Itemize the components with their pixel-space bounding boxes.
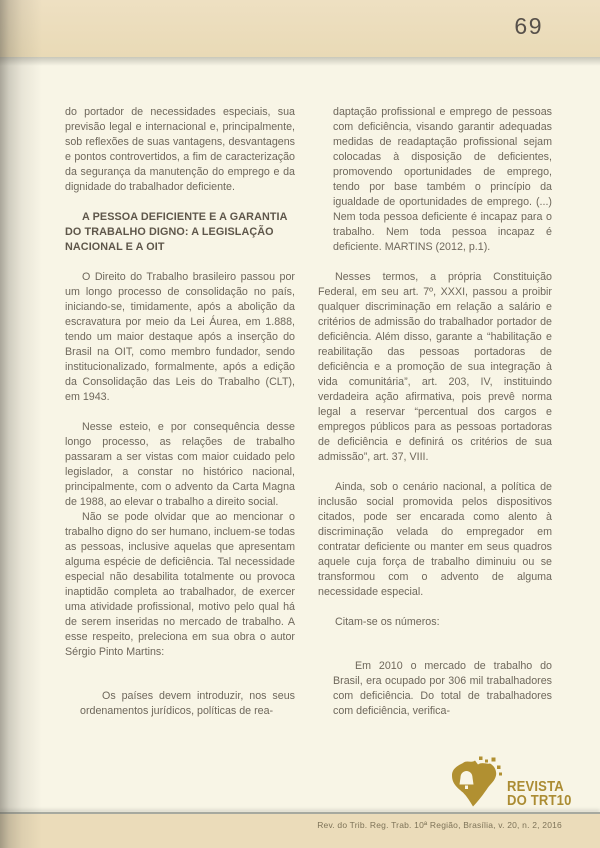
left-column: do portador de necessidades especiais, s… <box>65 105 295 719</box>
paragraph: Nesses termos, a própria Constituição Fe… <box>318 270 552 465</box>
paragraph-continuation: do portador de necessidades especiais, s… <box>65 105 295 195</box>
block-quote: Os países devem introduzir, nos seus ord… <box>80 689 295 719</box>
paragraph: Ainda, sob o cenário nacional, a polític… <box>318 480 552 600</box>
paragraph: Citam-se os números: <box>318 615 552 630</box>
paragraph: Nesse esteio, e por consequência desse l… <box>65 420 295 510</box>
logo-line-1: REVISTA <box>507 780 572 794</box>
paragraph: O Direito do Trabalho brasileiro passou … <box>65 270 295 405</box>
block-quote: Em 2010 o mercado de trabalho do Brasil,… <box>333 659 552 719</box>
brazil-map-icon <box>444 756 504 810</box>
paragraph: Não se pode olvidar que ao mencionar o t… <box>65 510 295 660</box>
footer-citation: Rev. do Trib. Reg. Trab. 10ª Região, Bra… <box>317 820 562 830</box>
block-quote-continuation: daptação profissional e emprego de pesso… <box>333 105 552 255</box>
logo-line-2: DO TRT10 <box>507 794 572 808</box>
page-gutter-shadow <box>0 0 42 848</box>
right-column: daptação profissional e emprego de pesso… <box>318 105 552 719</box>
trt10-logo: REVISTA DO TRT10 <box>444 756 579 810</box>
section-heading: A PESSOA DEFICIENTE E A GARANTIA DO TRAB… <box>65 210 295 255</box>
header-band: 69 <box>0 0 600 57</box>
page-number: 69 <box>514 13 543 40</box>
footer-band: Rev. do Trib. Reg. Trab. 10ª Região, Bra… <box>0 814 600 848</box>
logo-wordmark: REVISTA DO TRT10 <box>507 780 572 810</box>
